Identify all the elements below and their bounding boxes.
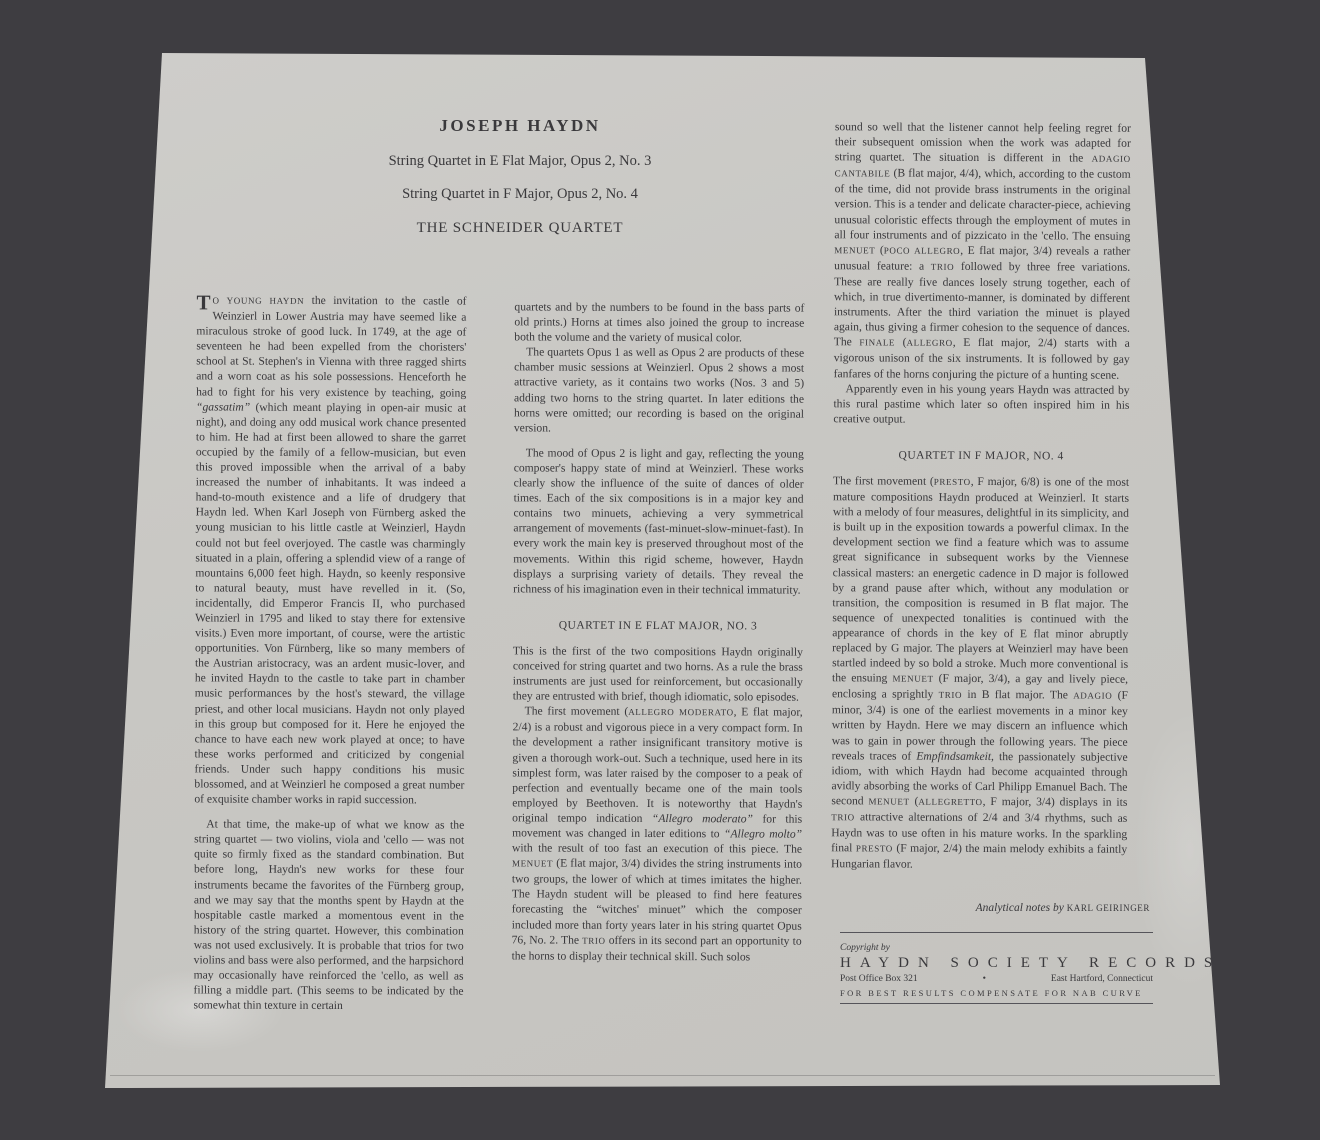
divider (840, 1003, 1153, 1004)
paragraph: quartets and by the numbers to be found … (514, 299, 804, 346)
label-imprint: Copyright by HAYDN SOCIETY RECORDS Post … (840, 932, 1153, 1004)
composer-title: JOSEPH HAYDN (360, 116, 680, 136)
paragraph: To young haydn the invitation to the cas… (194, 292, 466, 807)
notes-column-3: sound so well that the listener cannot h… (831, 119, 1131, 873)
liner-notes: JOSEPH HAYDN String Quartet in E Flat Ma… (0, 0, 1320, 1140)
work-title-2: String Quartet in F Major, Opus 2, No. 4 (330, 186, 710, 203)
author-name: Karl Geiringer (1067, 903, 1150, 913)
playback-note: FOR BEST RESULTS COMPENSATE FOR NAB CURV… (840, 988, 1153, 998)
drop-cap: T (196, 293, 210, 311)
section-heading: QUARTET IN F MAJOR, NO. 4 (833, 448, 1129, 465)
paragraph: The first movement (Allegro moderato, E … (512, 704, 803, 965)
paragraph: The mood of Opus 2 is light and gay, ref… (513, 445, 804, 597)
copyright-line: Copyright by (840, 943, 1153, 953)
paragraph: Apparently even in his young years Haydn… (833, 381, 1129, 428)
notes-credit: Analytical notes by Karl Geiringer (880, 902, 1150, 914)
divider (840, 932, 1153, 933)
record-label-name: HAYDN SOCIETY RECORDS (840, 955, 1153, 972)
work-title-1: String Quartet in E Flat Major, Opus 2, … (330, 153, 710, 170)
ensemble-name: THE SCHNEIDER QUARTET (340, 220, 700, 237)
section-heading: QUARTET IN E FLAT MAJOR, NO. 3 (513, 618, 803, 634)
notes-column-1: To young haydn the invitation to the cas… (193, 292, 466, 1014)
bullet-icon: • (983, 974, 986, 984)
paragraph: The quartets Opus 1 as well as Opus 2 ar… (514, 345, 804, 437)
paragraph: sound so well that the listener cannot h… (834, 119, 1131, 382)
paragraph: This is the first of the two composition… (513, 643, 803, 705)
notes-column-2: quartets and by the numbers to be found … (512, 299, 805, 964)
paragraph: At that time, the make-up of what we kno… (193, 817, 464, 1014)
label-address: Post Office Box 321 • East Hartford, Con… (840, 974, 1153, 984)
paragraph: The first movement (Presto, F major, 6/8… (831, 473, 1129, 873)
